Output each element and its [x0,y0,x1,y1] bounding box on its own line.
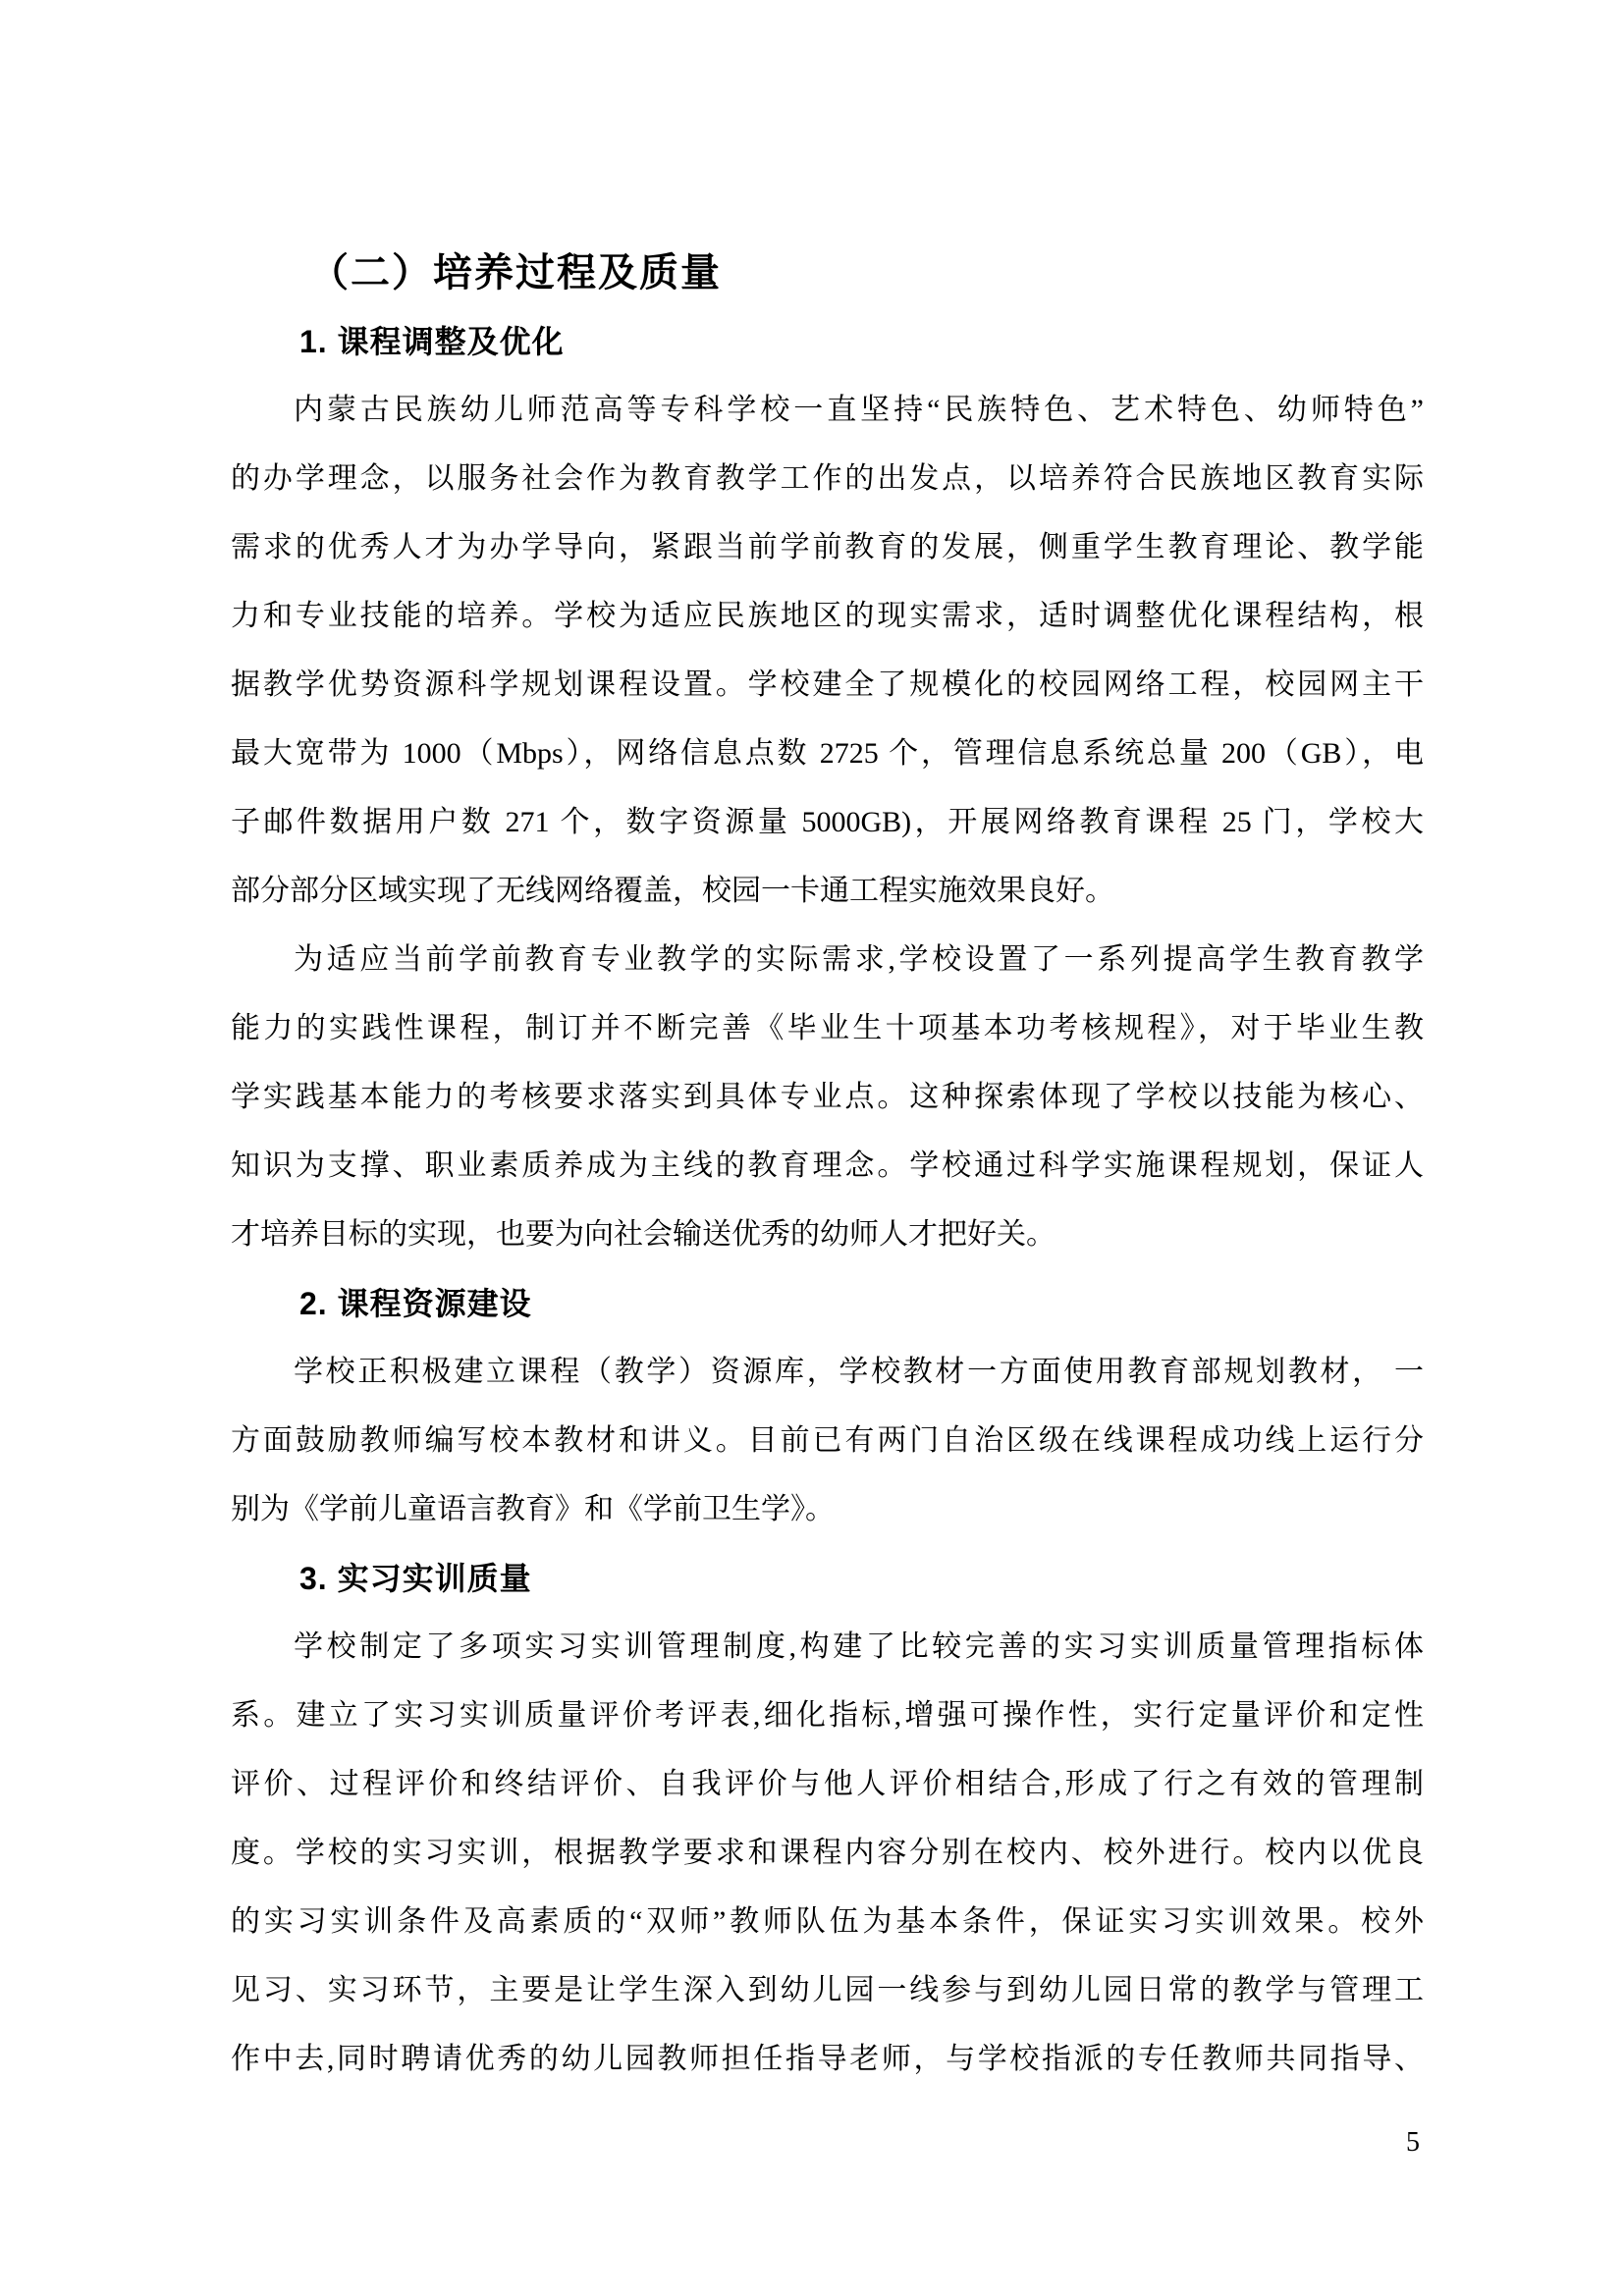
paragraph-4-line: 作中去,同时聘请优秀的幼儿园教师担任指导老师，与学校指派的专任教师共同指导、 [231,2025,1424,2094]
paragraph-1-line: 据教学优势资源科学规划课程设置。学校建全了规模化的校园网络工程，校园网主干 [231,651,1424,720]
section-heading-main: （二）培养过程及质量 [231,239,1424,307]
paragraph-2-line: 学实践基本能力的考核要求落实到具体专业点。这种探索体现了学校以技能为核心、 [231,1063,1424,1132]
paragraph-3-line: 学校正积极建立课程（教学）资源库，学校教材一方面使用教育部规划教材， 一 [231,1338,1424,1407]
paragraph-4-line: 度。学校的实习实训，根据教学要求和课程内容分别在校内、校外进行。校内以优良 [231,1819,1424,1888]
page-content: （二）培养过程及质量1. 课程调整及优化内蒙古民族幼儿师范高等专科学校一直坚持“… [231,239,1424,2094]
paragraph-3-line: 方面鼓励教师编写校本教材和讲义。目前已有两门自治区级在线课程成功线上运行分 [231,1407,1424,1475]
paragraph-2-line: 为适应当前学前教育专业教学的实际需求,学校设置了一系列提高学生教育教学 [231,926,1424,994]
sub-heading-1: 1. 课程调整及优化 [231,307,1424,376]
paragraph-3-line: 别为《学前儿童语言教育》和《学前卫生学》。 [231,1475,1424,1544]
paragraph-4-line: 学校制定了多项实习实训管理制度,构建了比较完善的实习实训质量管理指标体 [231,1613,1424,1682]
paragraph-1-line: 力和专业技能的培养。学校为适应民族地区的现实需求，适时调整优化课程结构，根 [231,582,1424,651]
paragraph-1-line: 内蒙古民族幼儿师范高等专科学校一直坚持“民族特色、艺术特色、幼师特色” [231,376,1424,445]
paragraph-2-line: 知识为支撑、职业素质养成为主线的教育理念。学校通过科学实施课程规划，保证人 [231,1132,1424,1201]
sub-heading-2: 2. 课程资源建设 [231,1269,1424,1338]
page-number: 5 [1406,2109,1420,2177]
paragraph-4-line: 的实习实训条件及高素质的“双师”教师队伍为基本条件，保证实习实训效果。校外 [231,1888,1424,1956]
paragraph-4-line: 系。建立了实习实训质量评价考评表,细化指标,增强可操作性，实行定量评价和定性 [231,1682,1424,1750]
document-page: （二）培养过程及质量1. 课程调整及优化内蒙古民族幼儿师范高等专科学校一直坚持“… [0,0,1624,2296]
paragraph-1-line: 部分部分区域实现了无线网络覆盖，校园一卡通工程实施效果良好。 [231,857,1424,926]
paragraph-1-line: 需求的优秀人才为办学导向，紧跟当前学前教育的发展，侧重学生教育理论、教学能 [231,513,1424,582]
paragraph-1-line: 子邮件数据用户数 271 个，数字资源量 5000GB)，开展网络教育课程 25… [231,788,1424,857]
paragraph-2-line: 能力的实践性课程，制订并不断完善《毕业生十项基本功考核规程》，对于毕业生教 [231,994,1424,1063]
paragraph-4-line: 见习、实习环节，主要是让学生深入到幼儿园一线参与到幼儿园日常的教学与管理工 [231,1956,1424,2025]
paragraph-4-line: 评价、过程评价和终结评价、自我评价与他人评价相结合,形成了行之有效的管理制 [231,1750,1424,1819]
sub-heading-3: 3. 实习实训质量 [231,1544,1424,1613]
paragraph-2-line: 才培养目标的实现，也要为向社会输送优秀的幼师人才把好关。 [231,1201,1424,1269]
paragraph-1-line: 最大宽带为 1000（Mbps），网络信息点数 2725 个，管理信息系统总量 … [231,720,1424,788]
paragraph-1-line: 的办学理念，以服务社会作为教育教学工作的出发点，以培养符合民族地区教育实际 [231,445,1424,513]
